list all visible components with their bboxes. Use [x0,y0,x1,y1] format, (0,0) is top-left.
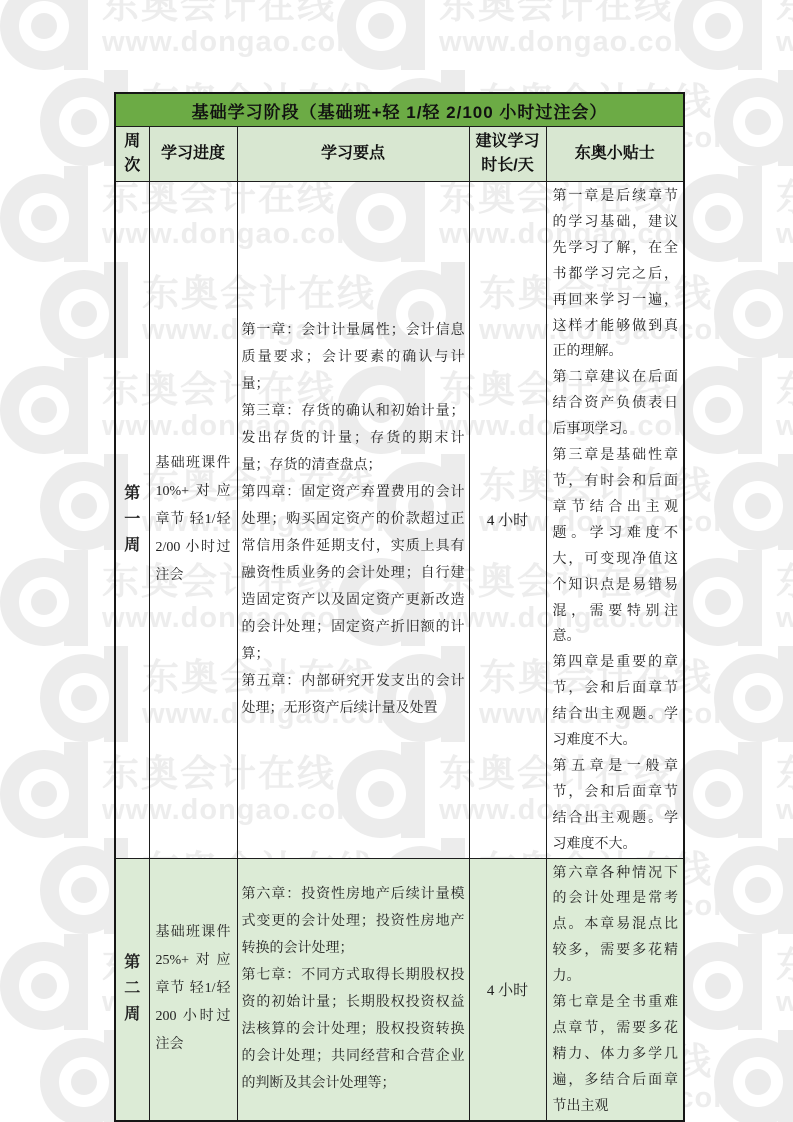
watermark-tile: 东奥会计在线www.dongao.com [674,550,793,646]
tips-paragraph: 第四章是重要的章节，会和后面章节结合出主观题。学习难度不大。 [553,650,679,754]
watermark-brand-text: 东奥会计在线 [776,0,793,26]
watermark-tile: 东奥会计在线www.dongao.com [714,1030,793,1122]
table-title-row: 基础学习阶段（基础班+轻 1/轻 2/100 小时过注会） [115,93,684,127]
tips-paragraph: 第七章是全书重难点章节，需要多花精力、体力多学几遍，多结合后面章节出主观 [553,990,679,1120]
points-paragraph: 第一章：会计计量属性；会计信息质量要求；会计要素的确认与计量； [242,317,465,398]
watermark-tile: 东奥会计在线www.dongao.com [337,0,677,70]
watermark-tile: 东奥会计在线www.dongao.com [674,358,793,454]
watermark-brand-text: 东奥会计在线 [776,178,793,218]
watermark-brand-text: 东奥会计在线 [776,946,793,986]
dongao-d-logo-icon [0,358,88,454]
table-row: 第一周 基础班课件10%+对应章节 轻1/轻2/00 小时过注会 第一章：会计计… [115,182,684,859]
dongao-d-logo-icon [674,358,762,454]
points-paragraph: 第四章：固定资产弃置费用的会计处理；购买固定资产的价款超过正常信用条件延期支付，… [242,479,465,668]
tips-paragraph: 第二章建议在后面结合资产负债表日后事项学习。 [553,365,679,443]
points-paragraph: 第七章：不同方式取得长期股权投资的初始计量；长期股权投资权益法核算的会计处理；股… [242,962,465,1097]
watermark-brand-text: 东奥会计在线 [776,754,793,794]
hours-cell: 4 小时 [469,858,546,1121]
dongao-d-logo-icon [674,166,762,262]
watermark-url-text: www.dongao.com [776,986,793,1018]
tips-paragraph: 第六章各种情况下的会计处理是常考点。本章易混点比较多，需要多花精力。 [553,861,679,991]
watermark-tile: 东奥会计在线www.dongao.com [714,454,793,550]
week-cell: 第一周 [115,182,149,859]
col-header-hours: 建议学习时长/天 [469,127,546,182]
points-paragraph: 第五章：内部研究开发支出的会计处理；无形资产后续计量及处置 [242,668,465,722]
watermark-tile: 东奥会计在线www.dongao.com [714,646,793,742]
watermark-url-text: www.dongao.com [776,602,793,634]
watermark-url-text: www.dongao.com [102,26,363,58]
dongao-d-logo-icon [0,934,88,1030]
dongao-d-logo-icon [337,0,425,70]
watermark-brand-text: 东奥会计在线 [102,0,363,26]
dongao-d-logo-icon [674,934,762,1030]
dongao-d-logo-icon [714,262,793,358]
watermark-url-text: www.dongao.com [776,26,793,58]
dongao-d-logo-icon [714,838,793,934]
tips-cell: 第一章是后续章节的学习基础，建议先学习了解，在全书都学习完之后，再回来学习一遍，… [546,182,684,859]
dongao-d-logo-icon [714,1030,793,1122]
hours-cell: 4 小时 [469,182,546,859]
watermark-url-text: www.dongao.com [439,26,700,58]
watermark-tile: 东奥会计在线www.dongao.com [674,166,793,262]
dongao-d-logo-icon [674,742,762,838]
dongao-d-logo-icon [0,166,88,262]
watermark-url-text: www.dongao.com [776,794,793,826]
col-header-week: 周次 [115,127,149,182]
table-title: 基础学习阶段（基础班+轻 1/轻 2/100 小时过注会） [115,93,684,127]
dongao-d-logo-icon [0,550,88,646]
dongao-d-logo-icon [674,550,762,646]
watermark-tile: 东奥会计在线www.dongao.com [714,70,793,166]
watermark-tile: 东奥会计在线www.dongao.com [674,934,793,1030]
dongao-d-logo-icon [714,646,793,742]
points-paragraph: 第三章：存货的确认和初始计量；发出存货的计量；存货的期末计量；存货的清查盘点； [242,398,465,479]
watermark-tile: 东奥会计在线www.dongao.com [714,838,793,934]
points-cell: 第六章：投资性房地产后续计量模式变更的会计处理；投资性房地产转换的会计处理； 第… [237,858,469,1121]
dongao-d-logo-icon [714,454,793,550]
tips-paragraph: 第三章是基础性章节，有时会和后面章节结合出主观题。学习难度不大，可变现净值这个知… [553,443,679,650]
col-header-progress: 学习进度 [149,127,237,182]
week-cell: 第二周 [115,858,149,1121]
watermark-brand-text: 东奥会计在线 [776,562,793,602]
page: 东奥会计在线www.dongao.com东奥会计在线www.dongao.com… [0,0,793,1122]
watermark-tile: 东奥会计在线www.dongao.com [674,0,793,70]
dongao-d-logo-icon [674,0,762,70]
watermark-brand-text: 东奥会计在线 [776,370,793,410]
points-cell: 第一章：会计计量属性；会计信息质量要求；会计要素的确认与计量； 第三章：存货的确… [237,182,469,859]
tips-paragraph: 第一章是后续章节的学习基础，建议先学习了解，在全书都学习完之后，再回来学习一遍，… [553,184,679,365]
watermark-tile: 东奥会计在线www.dongao.com [714,262,793,358]
dongao-d-logo-icon [0,0,88,70]
watermark-tile: 东奥会计在线www.dongao.com [674,742,793,838]
progress-cell: 基础班课件25%+对应章节 轻1/轻200 小时过注会 [149,858,237,1121]
points-paragraph: 第六章：投资性房地产后续计量模式变更的会计处理；投资性房地产转换的会计处理； [242,881,465,962]
watermark-url-text: www.dongao.com [776,218,793,250]
tips-paragraph: 第五章是一般章节，会和后面章节结合出主观题。学习难度不大。 [553,754,679,858]
col-header-tips: 东奥小贴士 [546,127,684,182]
watermark-tile: 东奥会计在线www.dongao.com [0,0,340,70]
tips-cell: 第六章各种情况下的会计处理是常考点。本章易混点比较多，需要多花精力。 第七章是全… [546,858,684,1121]
watermark-url-text: www.dongao.com [776,410,793,442]
col-header-points: 学习要点 [237,127,469,182]
table-row: 第二周 基础班课件25%+对应章节 轻1/轻200 小时过注会 第六章：投资性房… [115,858,684,1121]
watermark-brand-text: 东奥会计在线 [439,0,700,26]
progress-cell: 基础班课件10%+对应章节 轻1/轻2/00 小时过注会 [149,182,237,859]
dongao-d-logo-icon [0,742,88,838]
study-plan-table: 基础学习阶段（基础班+轻 1/轻 2/100 小时过注会） 周次 学习进度 学习… [114,92,685,1122]
dongao-d-logo-icon [714,70,793,166]
table-header-row: 周次 学习进度 学习要点 建议学习时长/天 东奥小贴士 [115,127,684,182]
